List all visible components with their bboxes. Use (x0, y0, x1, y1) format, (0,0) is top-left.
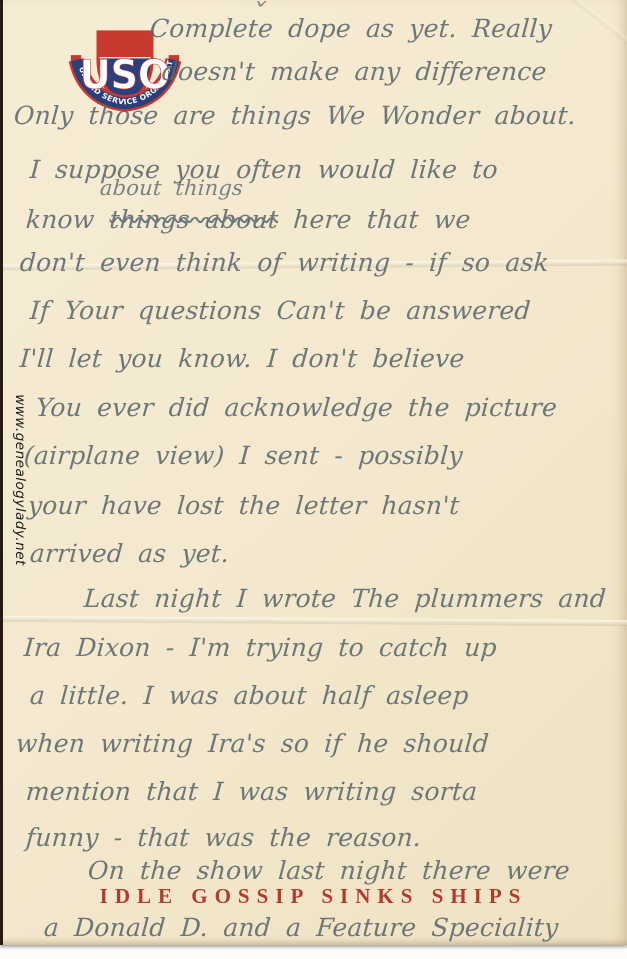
uso-acronym: USO (80, 53, 171, 99)
letter-line: a little. I was about half asleep (29, 681, 470, 710)
letter-line: Last night I wrote The plummers and (83, 584, 607, 613)
letter-line: when writing Ira's so if he should (15, 729, 490, 758)
letter-line: (airplane view) I sent - possibly (23, 441, 464, 470)
letter-line: doesn't make any difference (161, 57, 548, 86)
fold-crease-bottom (0, 616, 627, 627)
letter-line: mention that I was writing sorta (25, 777, 478, 806)
letter-line: If Your questions Can't be answered (29, 296, 532, 325)
letter-line: Ira Dixon - I'm trying to catch up (23, 633, 498, 662)
letter-line: I suppose you often would like to (29, 155, 499, 184)
letter-line: your have lost the letter hasn't (27, 491, 461, 520)
letter-line: a Donald D. and a Feature Speciality (43, 913, 559, 942)
inserted-correction: about things (99, 176, 244, 200)
letter-line: don't even think of writing - if so ask (19, 248, 550, 277)
letter-line: funny - that was the reason. (25, 823, 422, 852)
printed-slogan: IDLE GOSSIP SINKS SHIPS (0, 884, 627, 909)
correction-before: know (25, 205, 111, 234)
letter-line: Complete dope as yet. Really (149, 14, 553, 43)
letter-line: Only those are things We Wonder about. (13, 101, 577, 130)
struck-words: things about (109, 205, 280, 234)
letter-line: I'll let you know. I don't believe (19, 344, 465, 373)
letter-line: You ever did acknowledge the picture (35, 393, 558, 422)
letter-page: UNITED SERVICE ORGANIZATIONS USO www.gen… (0, 0, 627, 945)
letter-line-corrected: know things about here that we (25, 205, 472, 234)
scan-edge (0, 0, 3, 945)
letter-line: arrived as yet. (29, 539, 230, 568)
correction-after: here that we (277, 205, 471, 234)
watermark: www.genealogylady.net (8, 360, 28, 600)
letter-line: On the show last night there were (87, 856, 571, 885)
